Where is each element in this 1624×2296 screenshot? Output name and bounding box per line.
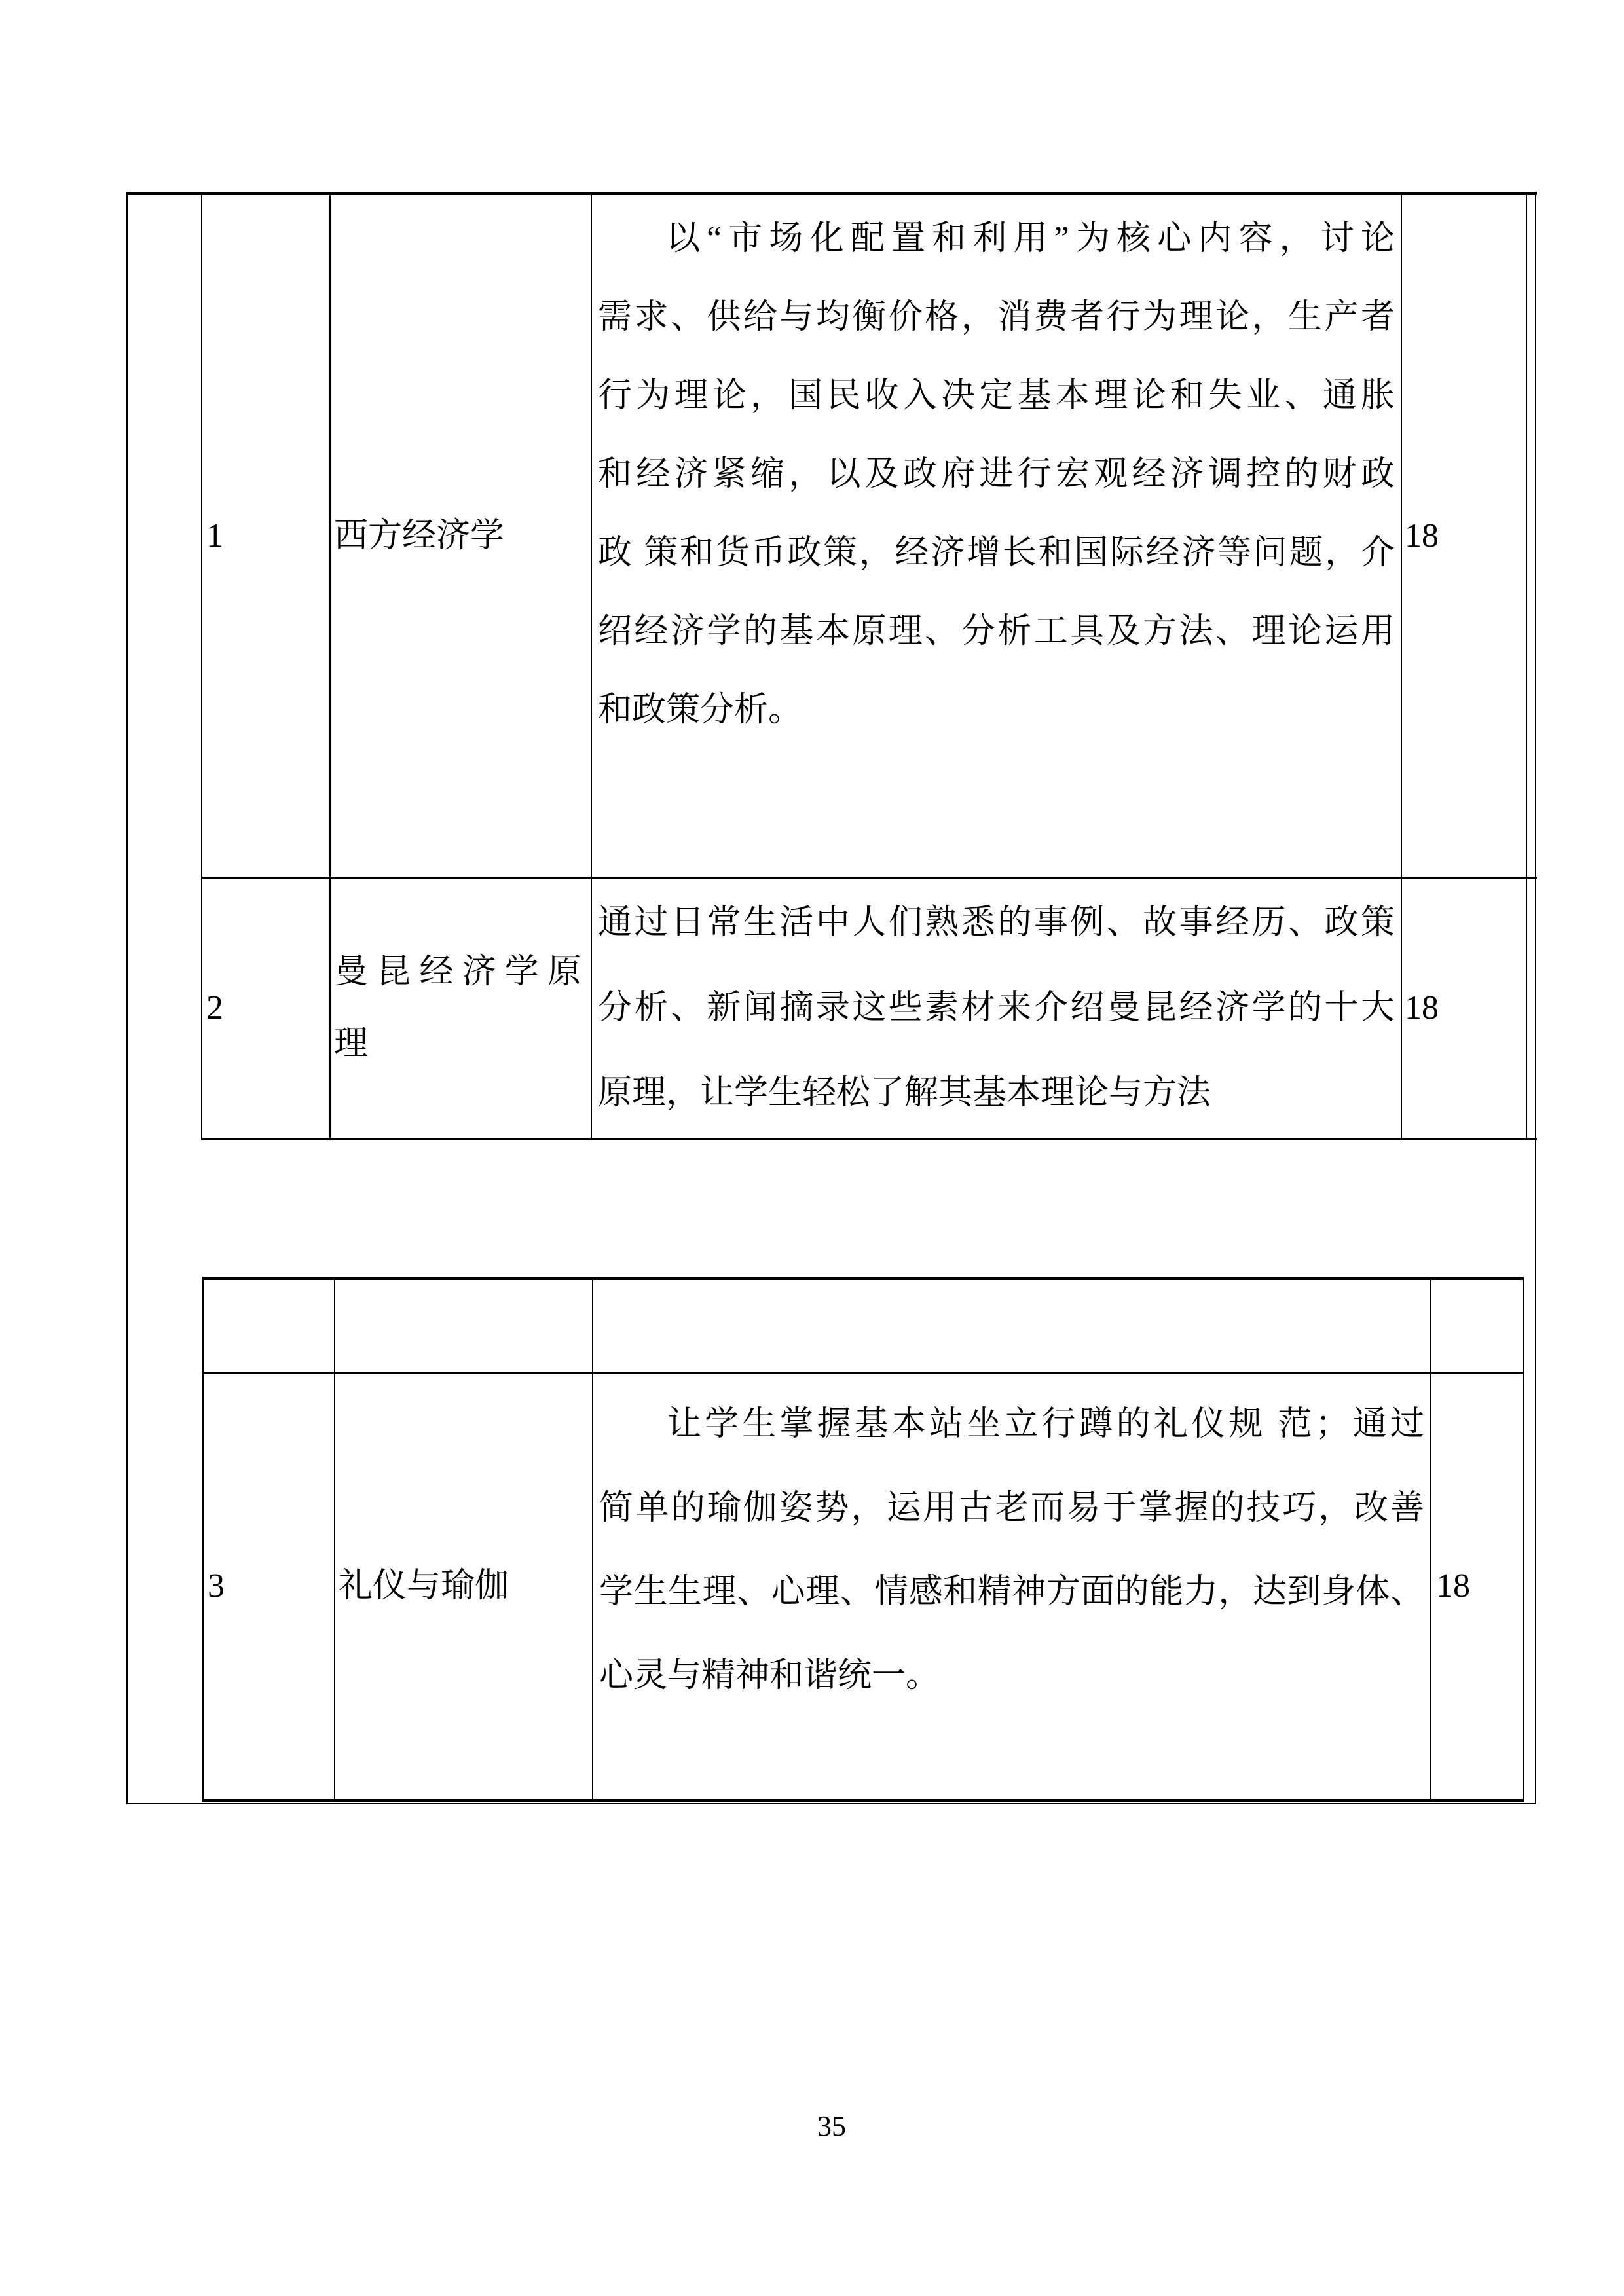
course-table-upper: 1 西方经济学 以“市场化配置和利用”为核心内容，讨论需求、供给与均衡价格，消费…: [127, 192, 1537, 1140]
table2-row1-description-cell: 让学生掌握基本站坐立行蹲的礼仪规 范；通过简单的瑜伽姿势，运用古老而易于掌握的技…: [593, 1374, 1431, 1799]
table2-header-hours-cell: [1431, 1280, 1522, 1374]
left-margin-cell: [127, 195, 202, 1140]
table2-row1-course-name-cell: 礼仪与瑜伽: [335, 1374, 593, 1799]
table1-row1-description-cell: 以“市场化配置和利用”为核心内容，讨论需求、供给与均衡价格，消费者行为理论，生产…: [592, 195, 1402, 879]
table2-header-number-cell: [204, 1280, 335, 1374]
table1-row1-right-margin-cell: [1527, 195, 1537, 879]
course-table-lower: 3 礼仪与瑜伽 让学生掌握基本站坐立行蹲的礼仪规 范；通过简单的瑜伽姿势，运用古…: [202, 1277, 1524, 1802]
table1-row1-course-name-cell: 西方经济学: [331, 195, 592, 879]
table1-row1-hours-cell: 18: [1402, 195, 1527, 879]
table2-header-course-name-cell: [335, 1280, 593, 1374]
document-page: 1 西方经济学 以“市场化配置和利用”为核心内容，讨论需求、供给与均衡价格，消费…: [0, 0, 1624, 2296]
table1-row2-hours-cell: 18: [1402, 879, 1527, 1140]
page-number: 35: [766, 2112, 897, 2141]
table1-row2-description-cell: 通过日常生活中人们熟悉的事例、故事经历、政策分析、新闻摘录这些素材来介绍曼昆经济…: [592, 879, 1402, 1140]
table1-row2-number-cell: 2: [202, 879, 331, 1140]
table1-row2-course-name-cell: 曼昆经济学原理: [331, 879, 592, 1140]
table1-row2-right-margin-cell: [1527, 879, 1537, 1140]
table1-row1-number-cell: 1: [202, 195, 331, 879]
table2-row1-number-cell: 3: [204, 1374, 335, 1799]
table2-header-description-cell: [593, 1280, 1431, 1374]
outer-bottom-border: [126, 1803, 1536, 1804]
table2-row1-hours-cell: 18: [1431, 1374, 1522, 1799]
